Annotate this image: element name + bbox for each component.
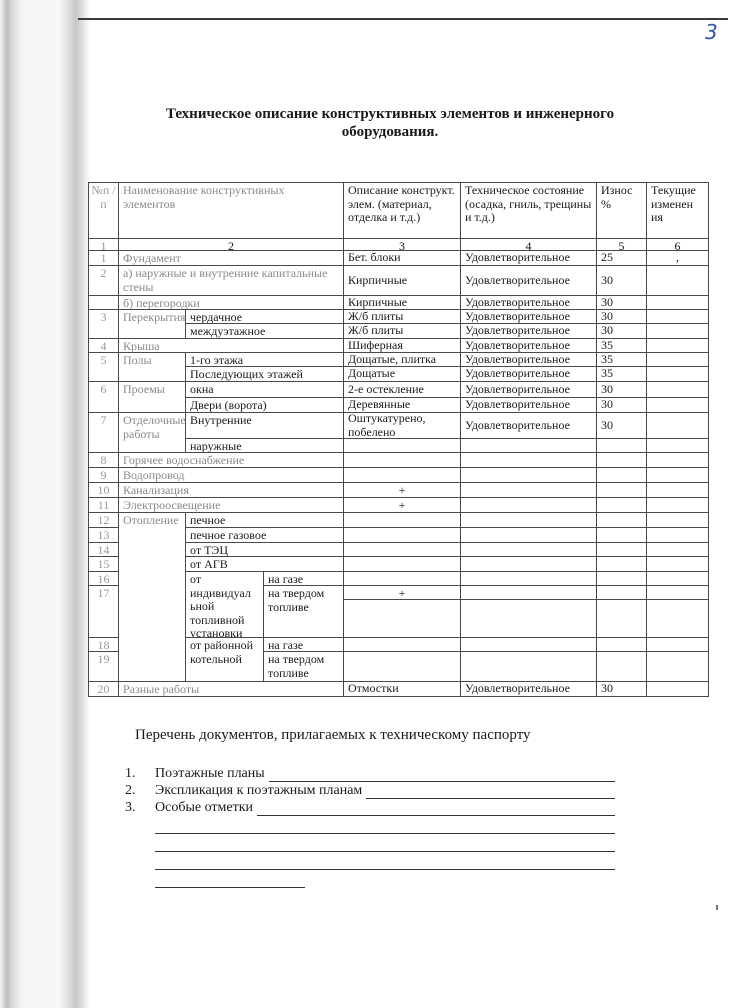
- document-item-label: Поэтажные планы: [155, 765, 265, 782]
- cell-wear[interactable]: 30: [596, 397, 647, 413]
- cell-wear[interactable]: [596, 438, 647, 453]
- cell-condition[interactable]: [460, 482, 597, 498]
- cell-changes[interactable]: [646, 397, 709, 413]
- cell-wear[interactable]: 30: [596, 381, 647, 398]
- cell-condition[interactable]: [460, 438, 597, 453]
- document-item-number: 2.: [125, 782, 155, 799]
- cell-wear[interactable]: [596, 556, 647, 572]
- cell-wear[interactable]: 35: [596, 352, 647, 367]
- row-name: на газе: [263, 571, 344, 586]
- cell-description[interactable]: [343, 527, 461, 543]
- cell-description[interactable]: [343, 512, 461, 528]
- row-name: Горячее водоснабжение: [118, 452, 344, 468]
- row-subgroup-name: от индивидуал ьной топливной установки: [185, 571, 264, 638]
- cell-wear[interactable]: [596, 512, 647, 528]
- cell-description[interactable]: Отмостки: [343, 681, 461, 697]
- cell-wear[interactable]: [596, 497, 647, 513]
- cell-wear[interactable]: 35: [596, 366, 647, 382]
- document-item-label: Особые отметки: [155, 799, 253, 816]
- documents-list: 1. Поэтажные планы 2. Экспликация к поэт…: [125, 765, 615, 888]
- cell-wear[interactable]: [596, 452, 647, 468]
- row-num: 3: [88, 309, 119, 339]
- cell-wear[interactable]: [596, 637, 647, 652]
- cell-changes[interactable]: [646, 309, 709, 324]
- cell-condition[interactable]: [460, 467, 597, 483]
- cell-condition[interactable]: Удовлетворительное: [460, 250, 597, 266]
- row-num: 9: [88, 467, 119, 483]
- row-group-name: Перекрытия: [118, 309, 186, 339]
- cell-description[interactable]: 2-е остекление: [343, 381, 461, 398]
- row-name: чердачное: [185, 309, 344, 324]
- header-name: Наименование конструктивных элементов: [118, 182, 344, 239]
- scan-mark: [716, 905, 718, 910]
- row-name: 1-го этажа: [185, 352, 344, 367]
- row-name: Электроосвещение: [118, 497, 344, 513]
- cell-changes[interactable]: [646, 452, 709, 468]
- cell-changes[interactable]: [646, 338, 709, 353]
- cell-condition[interactable]: Удовлетворительное: [460, 338, 597, 353]
- notes-blank-line[interactable]: [155, 852, 615, 870]
- document-blank-line[interactable]: [366, 786, 615, 799]
- cell-wear[interactable]: [596, 571, 647, 586]
- notes-blank-line[interactable]: [155, 816, 615, 834]
- document-item: 2. Экспликация к поэтажным планам: [125, 782, 615, 799]
- document-item-number: 3.: [125, 799, 155, 816]
- cell-condition[interactable]: Удовлетворительное: [460, 397, 597, 413]
- cell-changes[interactable]: [646, 412, 709, 439]
- row-num: 7: [88, 412, 119, 453]
- row-name: печное: [185, 512, 344, 528]
- row-num: 1: [88, 250, 119, 266]
- cell-changes[interactable]: [646, 527, 709, 543]
- cell-condition[interactable]: [460, 599, 597, 638]
- row-name: на газе: [263, 637, 344, 652]
- cell-changes[interactable]: [646, 482, 709, 498]
- cell-description[interactable]: [343, 467, 461, 483]
- cell-description[interactable]: +: [343, 482, 461, 498]
- cell-changes[interactable]: [646, 497, 709, 513]
- cell-changes[interactable]: [646, 681, 709, 697]
- row-name: окна: [185, 381, 344, 398]
- row-name: Разные работы: [118, 681, 344, 697]
- cell-condition[interactable]: [460, 542, 597, 557]
- cell-wear[interactable]: [596, 482, 647, 498]
- cell-description[interactable]: +: [343, 497, 461, 513]
- header-description: Описание конструкт. элем. (материал, отд…: [343, 182, 461, 239]
- row-subgroup-name: от районной котельной: [185, 637, 264, 682]
- documents-title: Перечень документов, прилагаемых к техни…: [135, 727, 531, 744]
- cell-changes[interactable]: [646, 467, 709, 483]
- row-num: 13: [88, 527, 119, 543]
- document-item-label: Экспликация к поэтажным планам: [155, 782, 362, 799]
- cell-wear[interactable]: 30: [596, 295, 647, 310]
- cell-changes[interactable]: ,: [646, 250, 709, 266]
- row-group-name: Проемы: [118, 381, 186, 413]
- cell-condition[interactable]: [460, 452, 597, 468]
- row-name: Водопровод: [118, 467, 344, 483]
- cell-condition[interactable]: Удовлетворительное: [460, 352, 597, 367]
- cell-condition[interactable]: Удовлетворительное: [460, 681, 597, 697]
- row-name: Фундамент: [118, 250, 344, 266]
- row-name: а) наружные и внутренние капитальные сте…: [118, 265, 344, 296]
- cell-description[interactable]: Ж/б плиты: [343, 309, 461, 324]
- cell-condition[interactable]: Удовлетворительное: [460, 265, 597, 296]
- document-item: 1. Поэтажные планы: [125, 765, 615, 782]
- row-name: от АГВ: [185, 556, 344, 572]
- cell-description[interactable]: [343, 637, 461, 652]
- cell-condition[interactable]: Удовлетворительное: [460, 323, 597, 339]
- notes-blank-line[interactable]: [155, 834, 615, 852]
- row-num: 15: [88, 556, 119, 572]
- row-num: 2: [88, 265, 119, 296]
- cell-changes[interactable]: [646, 571, 709, 586]
- cell-description[interactable]: +: [343, 585, 461, 600]
- cell-description[interactable]: [343, 651, 461, 682]
- cell-wear[interactable]: [596, 599, 647, 638]
- cell-changes[interactable]: [646, 542, 709, 557]
- cell-wear[interactable]: [596, 467, 647, 483]
- cell-changes[interactable]: [646, 295, 709, 310]
- cell-description[interactable]: Деревянные: [343, 397, 461, 413]
- cell-description[interactable]: [343, 571, 461, 586]
- cell-condition[interactable]: [460, 556, 597, 572]
- cell-wear[interactable]: 35: [596, 338, 647, 353]
- cell-condition[interactable]: Удовлетворительное: [460, 412, 597, 439]
- row-name: от ТЭЦ: [185, 542, 344, 557]
- cell-description[interactable]: Бет. блоки: [343, 250, 461, 266]
- cell-description[interactable]: [343, 556, 461, 572]
- document-blank-line[interactable]: [269, 769, 615, 782]
- row-num: 14: [88, 542, 119, 557]
- cell-description[interactable]: Дощатые, плитка: [343, 352, 461, 367]
- row-name: Внутренние: [185, 412, 344, 439]
- header-num: №п /п: [88, 182, 119, 239]
- cell-changes[interactable]: [646, 585, 709, 600]
- document-blank-line[interactable]: [257, 803, 615, 816]
- cell-wear[interactable]: [596, 585, 647, 600]
- cell-description[interactable]: Оштукатурено, побелено: [343, 412, 461, 439]
- row-name: б) перегородки: [118, 295, 344, 310]
- row-num: 6: [88, 381, 119, 413]
- document-item: 3. Особые отметки: [125, 799, 615, 816]
- cell-description[interactable]: Шиферная: [343, 338, 461, 353]
- cell-condition[interactable]: [460, 571, 597, 586]
- cell-condition[interactable]: [460, 585, 597, 600]
- cell-wear[interactable]: [596, 651, 647, 682]
- cell-wear[interactable]: [596, 527, 647, 543]
- row-name: на твердом топливе: [263, 651, 344, 682]
- cell-condition[interactable]: [460, 512, 597, 528]
- cell-wear[interactable]: 30: [596, 309, 647, 324]
- row-num: 10: [88, 482, 119, 498]
- cell-description[interactable]: [343, 438, 461, 453]
- cell-description[interactable]: Ж/б плиты: [343, 323, 461, 339]
- document-item-number: 1.: [125, 765, 155, 782]
- cell-condition[interactable]: Удовлетворительное: [460, 309, 597, 324]
- cell-wear[interactable]: 25: [596, 250, 647, 266]
- row-num: 5: [88, 352, 119, 382]
- cell-condition[interactable]: Удовлетворительное: [460, 295, 597, 310]
- row-group-name: Отопление: [118, 512, 186, 682]
- cell-description[interactable]: Кирпичные: [343, 265, 461, 296]
- cell-condition[interactable]: [460, 497, 597, 513]
- row-num: 19: [88, 651, 119, 682]
- row-name: на твердом топливе: [263, 585, 344, 638]
- cell-changes[interactable]: [646, 352, 709, 367]
- row-name: Двери (ворота): [185, 397, 344, 413]
- cell-changes[interactable]: [646, 438, 709, 453]
- row-group-name: Полы: [118, 352, 186, 382]
- row-name: междуэтажное: [185, 323, 344, 339]
- cell-wear[interactable]: 30: [596, 681, 647, 697]
- cell-condition[interactable]: [460, 527, 597, 543]
- row-num: 4: [88, 338, 119, 353]
- cell-condition[interactable]: [460, 651, 597, 682]
- cell-condition[interactable]: Удовлетворительное: [460, 381, 597, 398]
- row-name: Последующих этажей: [185, 366, 344, 382]
- cell-condition[interactable]: [460, 637, 597, 652]
- row-name: Крыша: [118, 338, 344, 353]
- cell-wear[interactable]: 30: [596, 265, 647, 296]
- row-group-name: Отделочные работы: [118, 412, 186, 453]
- cell-changes[interactable]: [646, 599, 709, 638]
- row-num: 18: [88, 637, 119, 652]
- row-num: 8: [88, 452, 119, 468]
- cell-wear[interactable]: 30: [596, 323, 647, 339]
- cell-changes[interactable]: [646, 381, 709, 398]
- row-num: 11: [88, 497, 119, 513]
- row-name: печное газовое: [185, 527, 344, 543]
- notes-blank-line[interactable]: [155, 870, 305, 888]
- cell-changes[interactable]: [646, 556, 709, 572]
- header-changes: Текущие изменен ия: [646, 182, 709, 239]
- cell-description[interactable]: [343, 452, 461, 468]
- cell-changes[interactable]: [646, 323, 709, 339]
- row-num: 17: [88, 585, 119, 638]
- cell-condition[interactable]: Удовлетворительное: [460, 366, 597, 382]
- header-condition: Техническое состояние (осадка, гниль, тр…: [460, 182, 597, 239]
- row-name: Канализация: [118, 482, 344, 498]
- row-name: наружные: [185, 438, 344, 453]
- cell-changes[interactable]: [646, 651, 709, 682]
- cell-changes[interactable]: [646, 512, 709, 528]
- row-num: 16: [88, 571, 119, 586]
- header-wear: Износ %: [596, 182, 647, 239]
- row-num: [88, 295, 119, 310]
- cell-wear[interactable]: [596, 542, 647, 557]
- cell-description[interactable]: [343, 542, 461, 557]
- cell-description[interactable]: Кирпичные: [343, 295, 461, 310]
- cell-description[interactable]: Дощатые: [343, 366, 461, 382]
- cell-changes[interactable]: [646, 265, 709, 296]
- row-num: 20: [88, 681, 119, 697]
- row-num: 12: [88, 512, 119, 528]
- cell-description[interactable]: [343, 599, 461, 638]
- cell-changes[interactable]: [646, 366, 709, 382]
- cell-wear[interactable]: 30: [596, 412, 647, 439]
- cell-changes[interactable]: [646, 637, 709, 652]
